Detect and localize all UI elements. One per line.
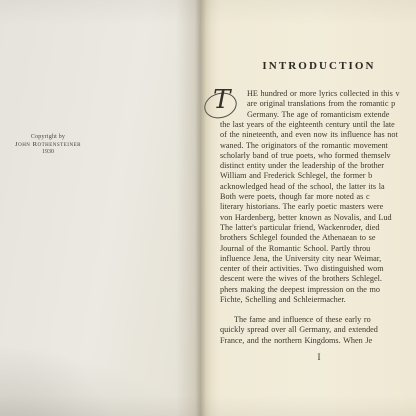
drop-cap: T bbox=[204, 88, 244, 122]
text-line: distinct entity under the leadership of … bbox=[220, 161, 398, 171]
text-line: The fame and influence of these early ro bbox=[234, 315, 378, 325]
text-line: descent were the wives of the brothers S… bbox=[220, 274, 398, 284]
copyright-by-text: Copyright by bbox=[0, 134, 96, 140]
paragraph-1-first-lines: HE hundred or more lyrics collected in t… bbox=[247, 89, 400, 120]
left-page: Copyright by John Rothensteiner 1930 bbox=[0, 0, 202, 416]
text-line: phers making the deepest impression on t… bbox=[220, 285, 398, 295]
text-line: The latter's particular friend, Wackenro… bbox=[220, 223, 398, 233]
text-line: are original translations from the roman… bbox=[247, 99, 400, 109]
copyright-name-text: John Rothensteiner bbox=[0, 141, 96, 148]
page-number: I bbox=[222, 352, 416, 362]
text-line: influence Jena, the University city near… bbox=[220, 254, 398, 264]
text-line: acknowledged head of the school, the lat… bbox=[220, 182, 398, 192]
right-page: INTRODUCTION T HE hundred or more lyrics… bbox=[202, 0, 416, 416]
drop-cap-letter: T bbox=[213, 85, 230, 115]
text-line: brothers Schlegel founded the Athenaean … bbox=[220, 233, 398, 243]
text-line: literary historians. The early poetic ma… bbox=[220, 202, 398, 212]
text-line: waned. The originators of the romantic m… bbox=[220, 141, 398, 151]
text-line: the last years of the eighteenth century… bbox=[220, 120, 398, 130]
text-line: HE hundred or more lyrics collected in t… bbox=[247, 89, 400, 99]
text-line: of the nineteenth, and even now its infl… bbox=[220, 130, 398, 140]
chapter-heading: INTRODUCTION bbox=[222, 60, 416, 72]
text-line: Fichte, Schelling and Schleiermacher. bbox=[220, 295, 398, 305]
copyright-block: Copyright by John Rothensteiner 1930 bbox=[0, 134, 96, 155]
text-line: center of their activities. Two distingu… bbox=[220, 264, 398, 274]
paragraph-2-lines: The fame and influence of these early ro… bbox=[220, 315, 378, 346]
text-line: Both were poets, though far more noted a… bbox=[220, 192, 398, 202]
text-line: France, and the northern Kingdoms. When … bbox=[220, 336, 378, 346]
text-line: quickly spread over all Germany, and ext… bbox=[220, 325, 378, 335]
copyright-year-text: 1930 bbox=[0, 149, 96, 155]
text-line: Journal of the Romantic School. Partly t… bbox=[220, 244, 398, 254]
text-line: von Hardenberg, better known as Novalis,… bbox=[220, 213, 398, 223]
paragraph-1-lines: the last years of the eighteenth century… bbox=[220, 120, 398, 305]
open-book-photo: Copyright by John Rothensteiner 1930 INT… bbox=[0, 0, 416, 416]
text-line: scholarly band of true poets, who formed… bbox=[220, 151, 398, 161]
text-line: William and Frederick Schlegel, the form… bbox=[220, 171, 398, 181]
text-line: Germany. The age of romanticism extende bbox=[247, 110, 400, 120]
